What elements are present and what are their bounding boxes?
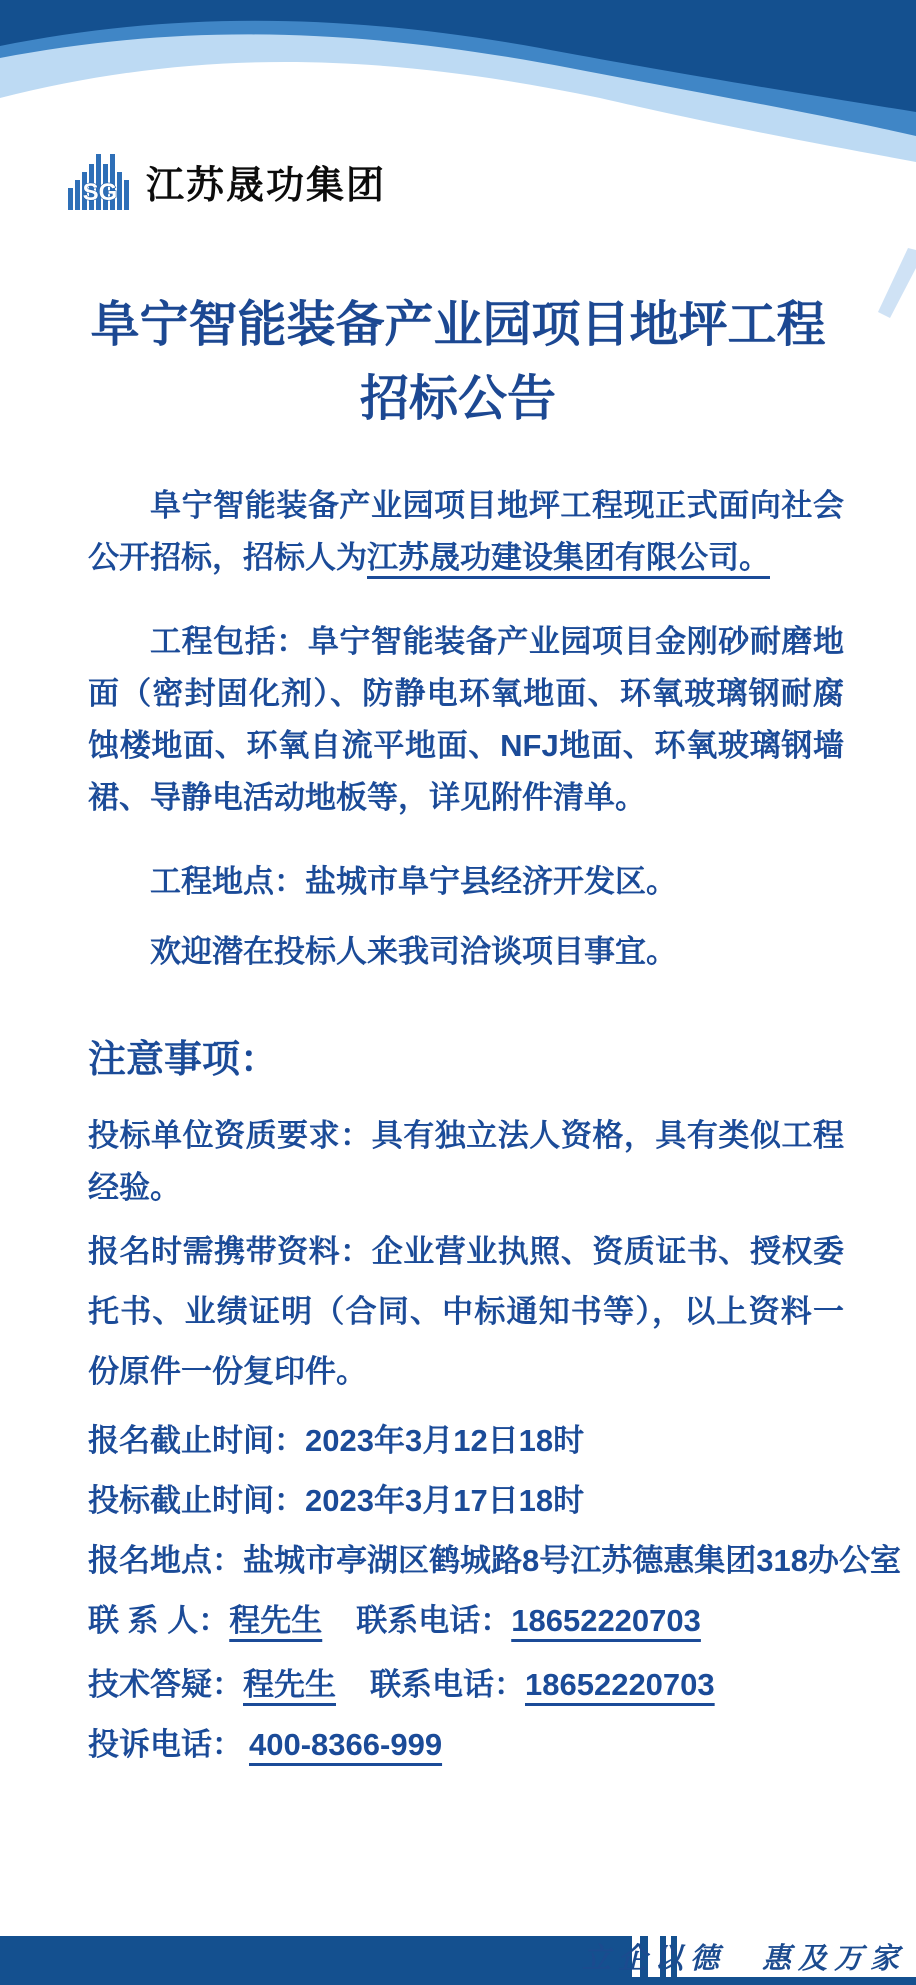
project-location: 工程地点：盐城市阜宁县经济开发区。 [88, 856, 844, 908]
bid-deadline: 投标截止时间：2023年3月17日18时 [88, 1475, 844, 1527]
footer: 立企以德 惠及万家 [0, 1936, 916, 1985]
tech-phone-link[interactable]: 18652220703 [525, 1667, 715, 1702]
contact-phone-link[interactable]: 18652220703 [511, 1603, 701, 1638]
required-materials: 报名时需携带资料：企业营业执照、资质证书、授权委托书、业绩证明（合同、中标通知书… [88, 1222, 844, 1402]
footer-bottom-line [0, 1977, 916, 1985]
tech-support-row: 技术答疑：程先生联系电话：18652220703 [88, 1659, 844, 1711]
notes-heading: 注意事项： [88, 1036, 844, 1084]
tech-phone-label: 联系电话： [370, 1667, 525, 1702]
qualification-requirements: 投标单位资质要求：具有独立法人资格，具有类似工程经验。 [88, 1110, 844, 1214]
bidder-company-name: 江苏晟功建设集团有限公司。 [367, 540, 770, 575]
intro-paragraph: 阜宁智能装备产业园项目地坪工程现正式面向社会公开招标，招标人为江苏晟功建设集团有… [88, 480, 844, 584]
complaint-label: 投诉电话： [88, 1727, 243, 1762]
contact-row: 联 系 人：程先生联系电话：18652220703 [88, 1595, 844, 1647]
page-title-line1: 阜宁智能装备产业园项目地坪工程 [0, 288, 916, 362]
tender-announcement-poster: SG 江苏晟功集团 阜宁智能装备产业园项目地坪工程 招标公告 阜宁智能装备产业园… [0, 0, 916, 1985]
complaint-phone-link[interactable]: 400-8366-999 [249, 1727, 442, 1762]
company-logo: SG 江苏晟功集团 [68, 152, 386, 210]
page-title: 阜宁智能装备产业园项目地坪工程 招标公告 [0, 288, 916, 436]
contact-name-link[interactable]: 程先生 [229, 1603, 322, 1638]
contact-phone-label: 联系电话： [356, 1603, 511, 1638]
tech-name-link[interactable]: 程先生 [243, 1667, 336, 1702]
signup-deadline: 报名截止时间：2023年3月12日18时 [88, 1415, 844, 1467]
welcome-line: 欢迎潜在投标人来我司洽谈项目事宜。 [88, 926, 844, 978]
page-title-line2: 招标公告 [0, 362, 916, 436]
sg-building-bars-icon: SG [68, 152, 132, 210]
company-name: 江苏晟功集团 [146, 154, 386, 209]
scope-paragraph: 工程包括：阜宁智能装备产业园项目金刚砂耐磨地面（密封固化剂）、防静电环氧地面、环… [88, 616, 844, 824]
announcement-body: 阜宁智能装备产业园项目地坪工程现正式面向社会公开招标，招标人为江苏晟功建设集团有… [88, 480, 844, 1771]
complaint-row: 投诉电话：400-8366-999 [88, 1719, 844, 1771]
contact-label: 联 系 人： [88, 1603, 229, 1638]
tech-label: 技术答疑： [88, 1667, 243, 1702]
signup-address: 报名地点：盐城市亭湖区鹤城路8号江苏德惠集团318办公室 [88, 1535, 844, 1587]
footer-slogan: 立企以德 惠及万家 [582, 1936, 906, 1977]
svg-text:SG: SG [83, 179, 118, 206]
